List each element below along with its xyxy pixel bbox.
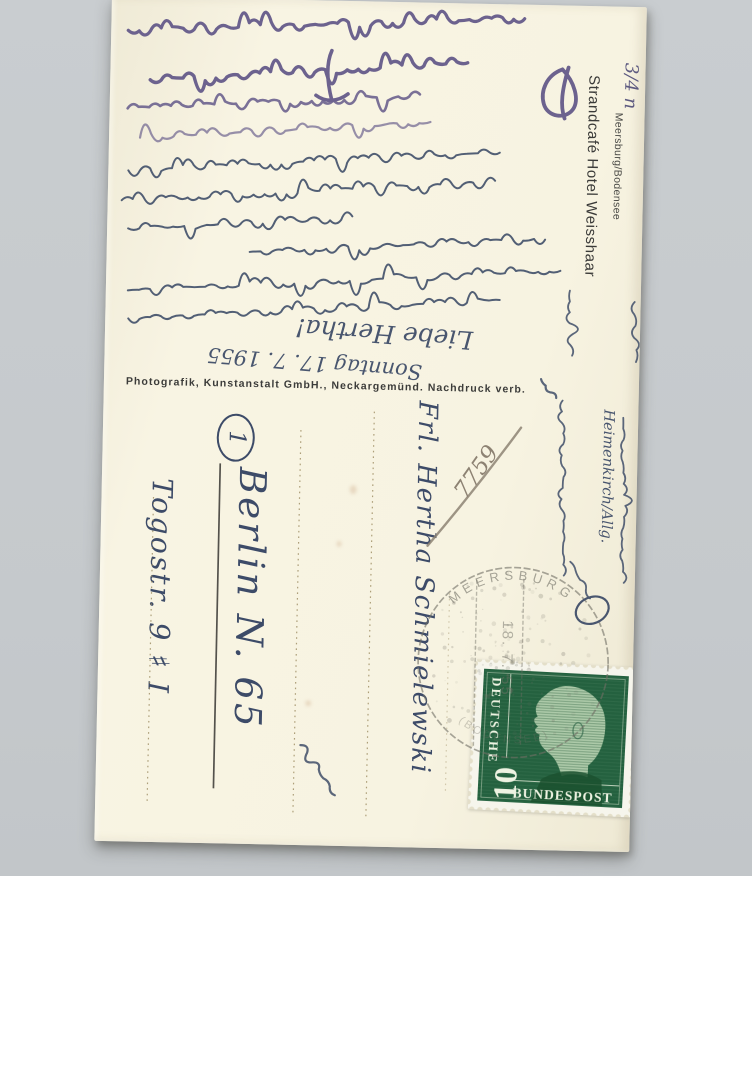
handwriting-stroke bbox=[150, 48, 468, 96]
ink-and-postmark-layer: MEERSBURG(BODENSEE)18. 7. 55 bbox=[94, 0, 647, 852]
scan-lower-whitespace bbox=[0, 876, 752, 1072]
address-dotted-rule bbox=[147, 497, 153, 805]
postmark-lower-arc: (BODENSEE) bbox=[456, 714, 552, 747]
postcard: Strandcafé Hotel Weisshaar Meersburg/Bod… bbox=[94, 0, 647, 852]
address-dotted-rule bbox=[366, 412, 375, 820]
handwriting-flourish bbox=[542, 67, 576, 119]
pencil-slash bbox=[428, 426, 521, 548]
handwriting-stroke bbox=[566, 291, 579, 356]
handwriting-stroke bbox=[128, 259, 561, 303]
address-dotted-rule bbox=[445, 593, 449, 793]
handwriting-stroke bbox=[128, 142, 500, 184]
postmark: MEERSBURG(BODENSEE)18. 7. 55 bbox=[416, 566, 610, 760]
handwriting-stroke bbox=[140, 116, 430, 147]
handwriting-stroke bbox=[250, 229, 546, 263]
handwriting-stroke bbox=[541, 379, 557, 398]
handwriting-flourish bbox=[316, 50, 349, 101]
handwriting-stroke bbox=[128, 285, 500, 331]
handwriting-stroke bbox=[128, 86, 420, 115]
handwriting-stroke bbox=[299, 745, 336, 795]
handwriting-stroke bbox=[618, 418, 633, 583]
handwriting-stroke bbox=[630, 302, 639, 362]
postmark-town-arc: MEERSBURG bbox=[445, 566, 578, 609]
address-dotted-rule bbox=[293, 430, 301, 815]
handwriting-stroke bbox=[128, 5, 525, 43]
handwriting-stroke bbox=[122, 170, 496, 211]
postmark-date: 18. 7. 55 bbox=[497, 620, 516, 697]
address-underline bbox=[213, 463, 220, 788]
handwriting-stroke bbox=[555, 400, 570, 575]
handwriting-stroke bbox=[128, 208, 352, 242]
